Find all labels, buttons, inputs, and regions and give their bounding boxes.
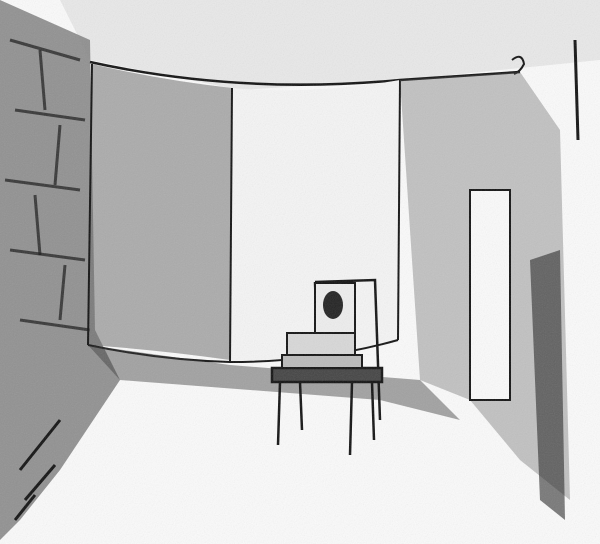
sketch-scene [0, 0, 600, 544]
paper-grain [0, 0, 600, 544]
sketch-drawing [0, 0, 600, 544]
